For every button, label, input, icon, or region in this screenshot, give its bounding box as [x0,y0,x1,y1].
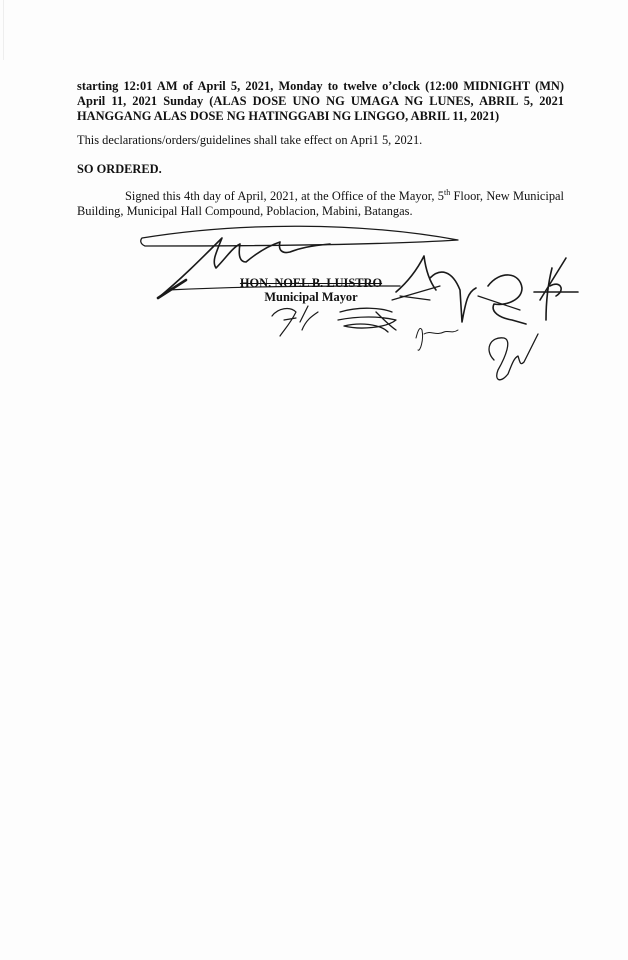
so-ordered-heading: SO ORDERED. [77,162,564,177]
effectivity-period-paragraph: starting 12:01 AM of April 5, 2021, Mond… [77,79,564,124]
signatory-name: HON. NOEL B. LUISTRO [226,276,396,290]
signatory-block: HON. NOEL B. LUISTRO Municipal Mayor [226,276,396,304]
scan-edge [3,0,4,60]
signatory-title: Municipal Mayor [226,290,396,304]
signed-paragraph: Signed this 4th day of April, 2021, at t… [77,189,564,219]
signed-text-part1: Signed this 4th day of April, 2021, at t… [125,189,444,203]
document-page: starting 12:01 AM of April 5, 2021, Mond… [0,0,628,960]
effectivity-statement: This declarations/orders/guidelines shal… [77,133,564,148]
